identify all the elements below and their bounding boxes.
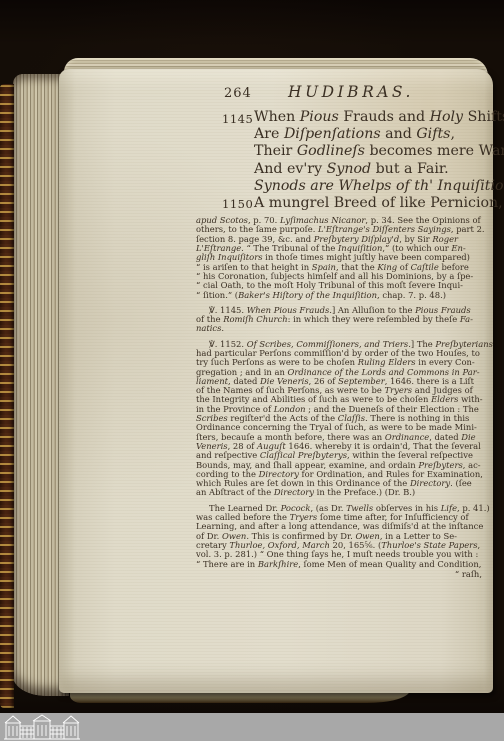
verse-line: 1150A mungrel Breed of like Pernicion, — [196, 195, 488, 212]
verse-text: When Pious Frauds and Holy Shifts — [254, 109, 504, 125]
page-number: 264 — [224, 86, 252, 101]
page-header-row: 264 HUDIBRAS. — [196, 83, 488, 105]
verse-number: 1145 — [222, 112, 253, 126]
verse-text: Are Diſpenſations and Gifts, — [254, 126, 455, 142]
footnote-line: an Abſtract of the Directory in the Pref… — [196, 488, 488, 497]
catchword: “ raſh, — [196, 569, 488, 579]
book-spine — [0, 84, 14, 708]
footer-bar — [0, 713, 504, 741]
verse-line: And ev'ry Synod but a Fair. — [196, 161, 488, 178]
footnote-paragraph: The Learned Dr. Pocock, (as Dr. Twells o… — [196, 504, 488, 569]
footnote-line: of the Romiſh Church: in which they were… — [196, 315, 488, 324]
footnote-paragraph: ℣. 1145. When Pious Frauds.] An Alluſion… — [196, 306, 488, 334]
verse-block: 1145When Pious Frauds and Holy ShiftsAre… — [196, 109, 488, 212]
verse-text: A mungrel Breed of like Pernicion, — [254, 195, 503, 211]
book-page: 264 HUDIBRAS. 1145When Pious Frauds and … — [59, 69, 493, 693]
book-photo: 264 HUDIBRAS. 1145When Pious Frauds and … — [0, 0, 504, 741]
verse-line: Are Diſpenſations and Gifts, — [196, 126, 488, 143]
verse-text: And ev'ry Synod but a Fair. — [254, 161, 449, 177]
footnote-line: “ ſition.” (Baker's Hiſtory of the Inqui… — [196, 291, 488, 300]
footnote-paragraph: ℣. 1152. Of Scribes, Commiſſioners, and … — [196, 340, 488, 498]
footnotes-block: apud Scotos, p. 70. Lyſimachus Nicanor, … — [196, 216, 488, 569]
footnote-line: “ There are in Barkſhire, ſome Men of me… — [196, 560, 488, 569]
verse-line: Their Godlineſs becomes mere Ware, — [196, 143, 488, 160]
page-content: 264 HUDIBRAS. 1145When Pious Frauds and … — [196, 83, 488, 579]
footnote-line: natics. — [196, 324, 488, 333]
footnote-paragraph: apud Scotos, p. 70. Lyſimachus Nicanor, … — [196, 216, 488, 300]
verse-line: Synods are Whelps of th' Inquiſition, — [196, 178, 488, 195]
verse-text: Their Godlineſs becomes mere Ware, — [254, 143, 504, 159]
verse-number: 1150 — [222, 197, 253, 211]
verse-line: 1145When Pious Frauds and Holy Shifts — [196, 109, 488, 126]
verse-text: Synods are Whelps of th' Inquiſition, — [254, 178, 504, 194]
